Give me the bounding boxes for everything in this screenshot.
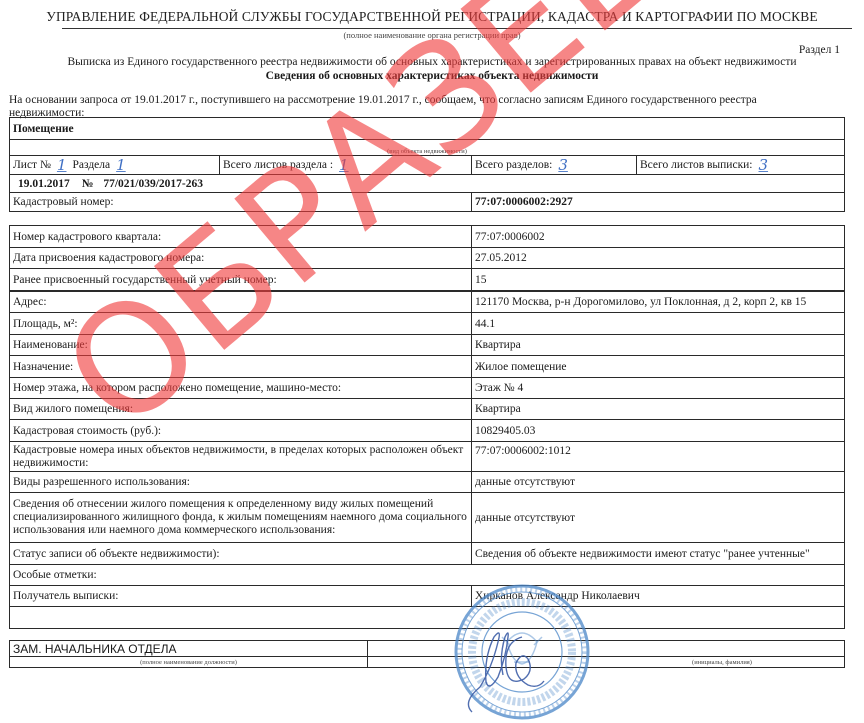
details-value: Квартира: [471, 399, 844, 419]
details-row: Наименование:Квартира: [10, 334, 844, 355]
empty-row: [10, 606, 844, 630]
section-number: Раздел 1: [799, 44, 840, 56]
details-label: Кадастровые номера иных объектов недвижи…: [10, 442, 471, 471]
details-label: Вид жилого помещения:: [10, 399, 471, 419]
sections-total-label: Всего разделов:: [475, 159, 552, 171]
object-header-table: Помещение (вид объекта недвижимости) Лис…: [9, 117, 845, 212]
details-label: Дата присвоения кадастрового номера:: [10, 248, 471, 268]
extract-sheets-value: 3: [753, 156, 775, 174]
details-row: Адрес:121170 Москва, р-н Дорогомилово, у…: [10, 290, 844, 312]
sheet-number: 1: [51, 156, 73, 174]
section-number-value: 1: [110, 156, 132, 174]
details-value: 77:07:0006002:1012: [471, 442, 844, 471]
extract-sheets-label: Всего листов выписки:: [640, 159, 753, 171]
details-value: Квартира: [471, 335, 844, 355]
signature-table: ЗАМ. НАЧАЛЬНИКА ОТДЕЛА (полное наименова…: [9, 640, 845, 668]
object-type-caption-row: (вид объекта недвижимости): [10, 139, 844, 155]
details-value: Этаж № 4: [471, 378, 844, 398]
sheet-label: Лист №: [13, 159, 51, 171]
cadastral-row: Кадастровый номер: 77:07:0006002:2927: [10, 192, 844, 211]
details-label: Назначение:: [10, 356, 471, 377]
agency-underline: [62, 28, 852, 29]
details-value: 10829405.03: [471, 420, 844, 441]
details-value: Жилое помещение: [471, 356, 844, 377]
section-sheets-info: Всего листов раздела : 1: [219, 156, 471, 174]
name-caption: (инициалы, фамилия): [600, 656, 844, 668]
cadastral-label: Кадастровый номер:: [10, 193, 471, 211]
details-row: Сведения об отнесении жилого помещения к…: [10, 492, 844, 542]
details-value: данные отсутствуют: [471, 493, 844, 542]
details-label: Статус записи об объекте недвижимости):: [10, 543, 471, 564]
agency-name: УПРАВЛЕНИЕ ФЕДЕРАЛЬНОЙ СЛУЖБЫ ГОСУДАРСТВ…: [0, 9, 864, 25]
name-caption-rule: [367, 656, 844, 657]
details-label: Ранее присвоенный государственный учетны…: [10, 269, 471, 290]
sections-total-value: 3: [552, 156, 574, 174]
details-row: Дата присвоения кадастрового номера:27.0…: [10, 247, 844, 268]
extract-sheets-info: Всего листов выписки: 3: [636, 156, 844, 174]
details-row: Статус записи об объекте недвижимости):С…: [10, 542, 844, 564]
sections-total-info: Всего разделов: 3: [471, 156, 636, 174]
extract-subtitle: Сведения об основных характеристиках объ…: [0, 70, 864, 82]
details-row: Ранее присвоенный государственный учетны…: [10, 268, 844, 290]
details-value: данные отсутствуют: [471, 472, 844, 492]
details-row: Номер кадастрового квартала:77:07:000600…: [10, 226, 844, 247]
details-row: Назначение:Жилое помещение: [10, 355, 844, 377]
details-label: Кадастровая стоимость (руб.):: [10, 420, 471, 441]
details-label: Номер кадастрового квартала:: [10, 226, 471, 247]
details-row: Особые отметки:: [10, 564, 844, 585]
record-number: 77/021/039/2017-263: [103, 178, 203, 190]
date-number-row: 19.01.2017 № 77/021/039/2017-263: [10, 174, 844, 192]
number-sign: №: [82, 178, 94, 190]
details-value: 121170 Москва, р-н Дорогомилово, ул Покл…: [471, 292, 844, 312]
record-date-number: 19.01.2017 № 77/021/039/2017-263: [10, 175, 844, 192]
details-value: Хирканов Александр Николаевич: [471, 586, 844, 606]
details-row: Виды разрешенного использования:данные о…: [10, 471, 844, 492]
details-label: Номер этажа, на котором расположено поме…: [10, 378, 471, 398]
details-label: Получатель выписки:: [10, 586, 471, 606]
details-row: Номер этажа, на котором расположено поме…: [10, 377, 844, 398]
details-label: Площадь, м²:: [10, 313, 471, 334]
details-value: 15: [471, 269, 844, 290]
details-label: Сведения об отнесении жилого помещения к…: [10, 493, 471, 542]
object-type: Помещение: [10, 118, 844, 139]
object-type-caption: (вид объекта недвижимости): [10, 140, 844, 155]
details-row: Вид жилого помещения:Квартира: [10, 398, 844, 419]
details-label: Наименование:: [10, 335, 471, 355]
cadastral-number: 77:07:0006002:2927: [471, 193, 844, 211]
extract-title: Выписка из Единого государственного реес…: [0, 56, 864, 68]
details-label: Виды разрешенного использования:: [10, 472, 471, 492]
section-sheets-label: Всего листов раздела :: [223, 159, 333, 171]
details-row: Кадастровые номера иных объектов недвижи…: [10, 441, 844, 471]
details-label: Адрес:: [10, 292, 471, 312]
section-label: Раздела: [72, 159, 110, 171]
signer-position: ЗАМ. НАЧАЛЬНИКА ОТДЕЛА: [10, 641, 367, 656]
details-value: 77:07:0006002: [471, 226, 844, 247]
agency-caption: (полное наименование органа регистрации …: [0, 30, 864, 40]
details-row: Кадастровая стоимость (руб.):10829405.03: [10, 419, 844, 441]
details-value: 44.1: [471, 313, 844, 334]
position-caption: (полное наименование должности): [10, 656, 367, 668]
record-date: 19.01.2017: [18, 178, 70, 190]
details-value: Сведения об объекте недвижимости имеют с…: [471, 543, 844, 564]
details-label: Особые отметки:: [10, 565, 844, 585]
object-type-row: Помещение: [10, 118, 844, 139]
details-value: 27.05.2012: [471, 248, 844, 268]
details-table: Номер кадастрового квартала:77:07:000600…: [9, 225, 845, 629]
details-row: Получатель выписки:Хирканов Александр Ни…: [10, 585, 844, 606]
details-row: Площадь, м²:44.1: [10, 312, 844, 334]
sheets-row: Лист № 1 Раздела 1 Всего листов раздела …: [10, 155, 844, 174]
section-sheets-value: 1: [333, 156, 355, 174]
sheet-info: Лист № 1 Раздела 1: [10, 156, 219, 174]
signature-divider: [367, 641, 368, 667]
